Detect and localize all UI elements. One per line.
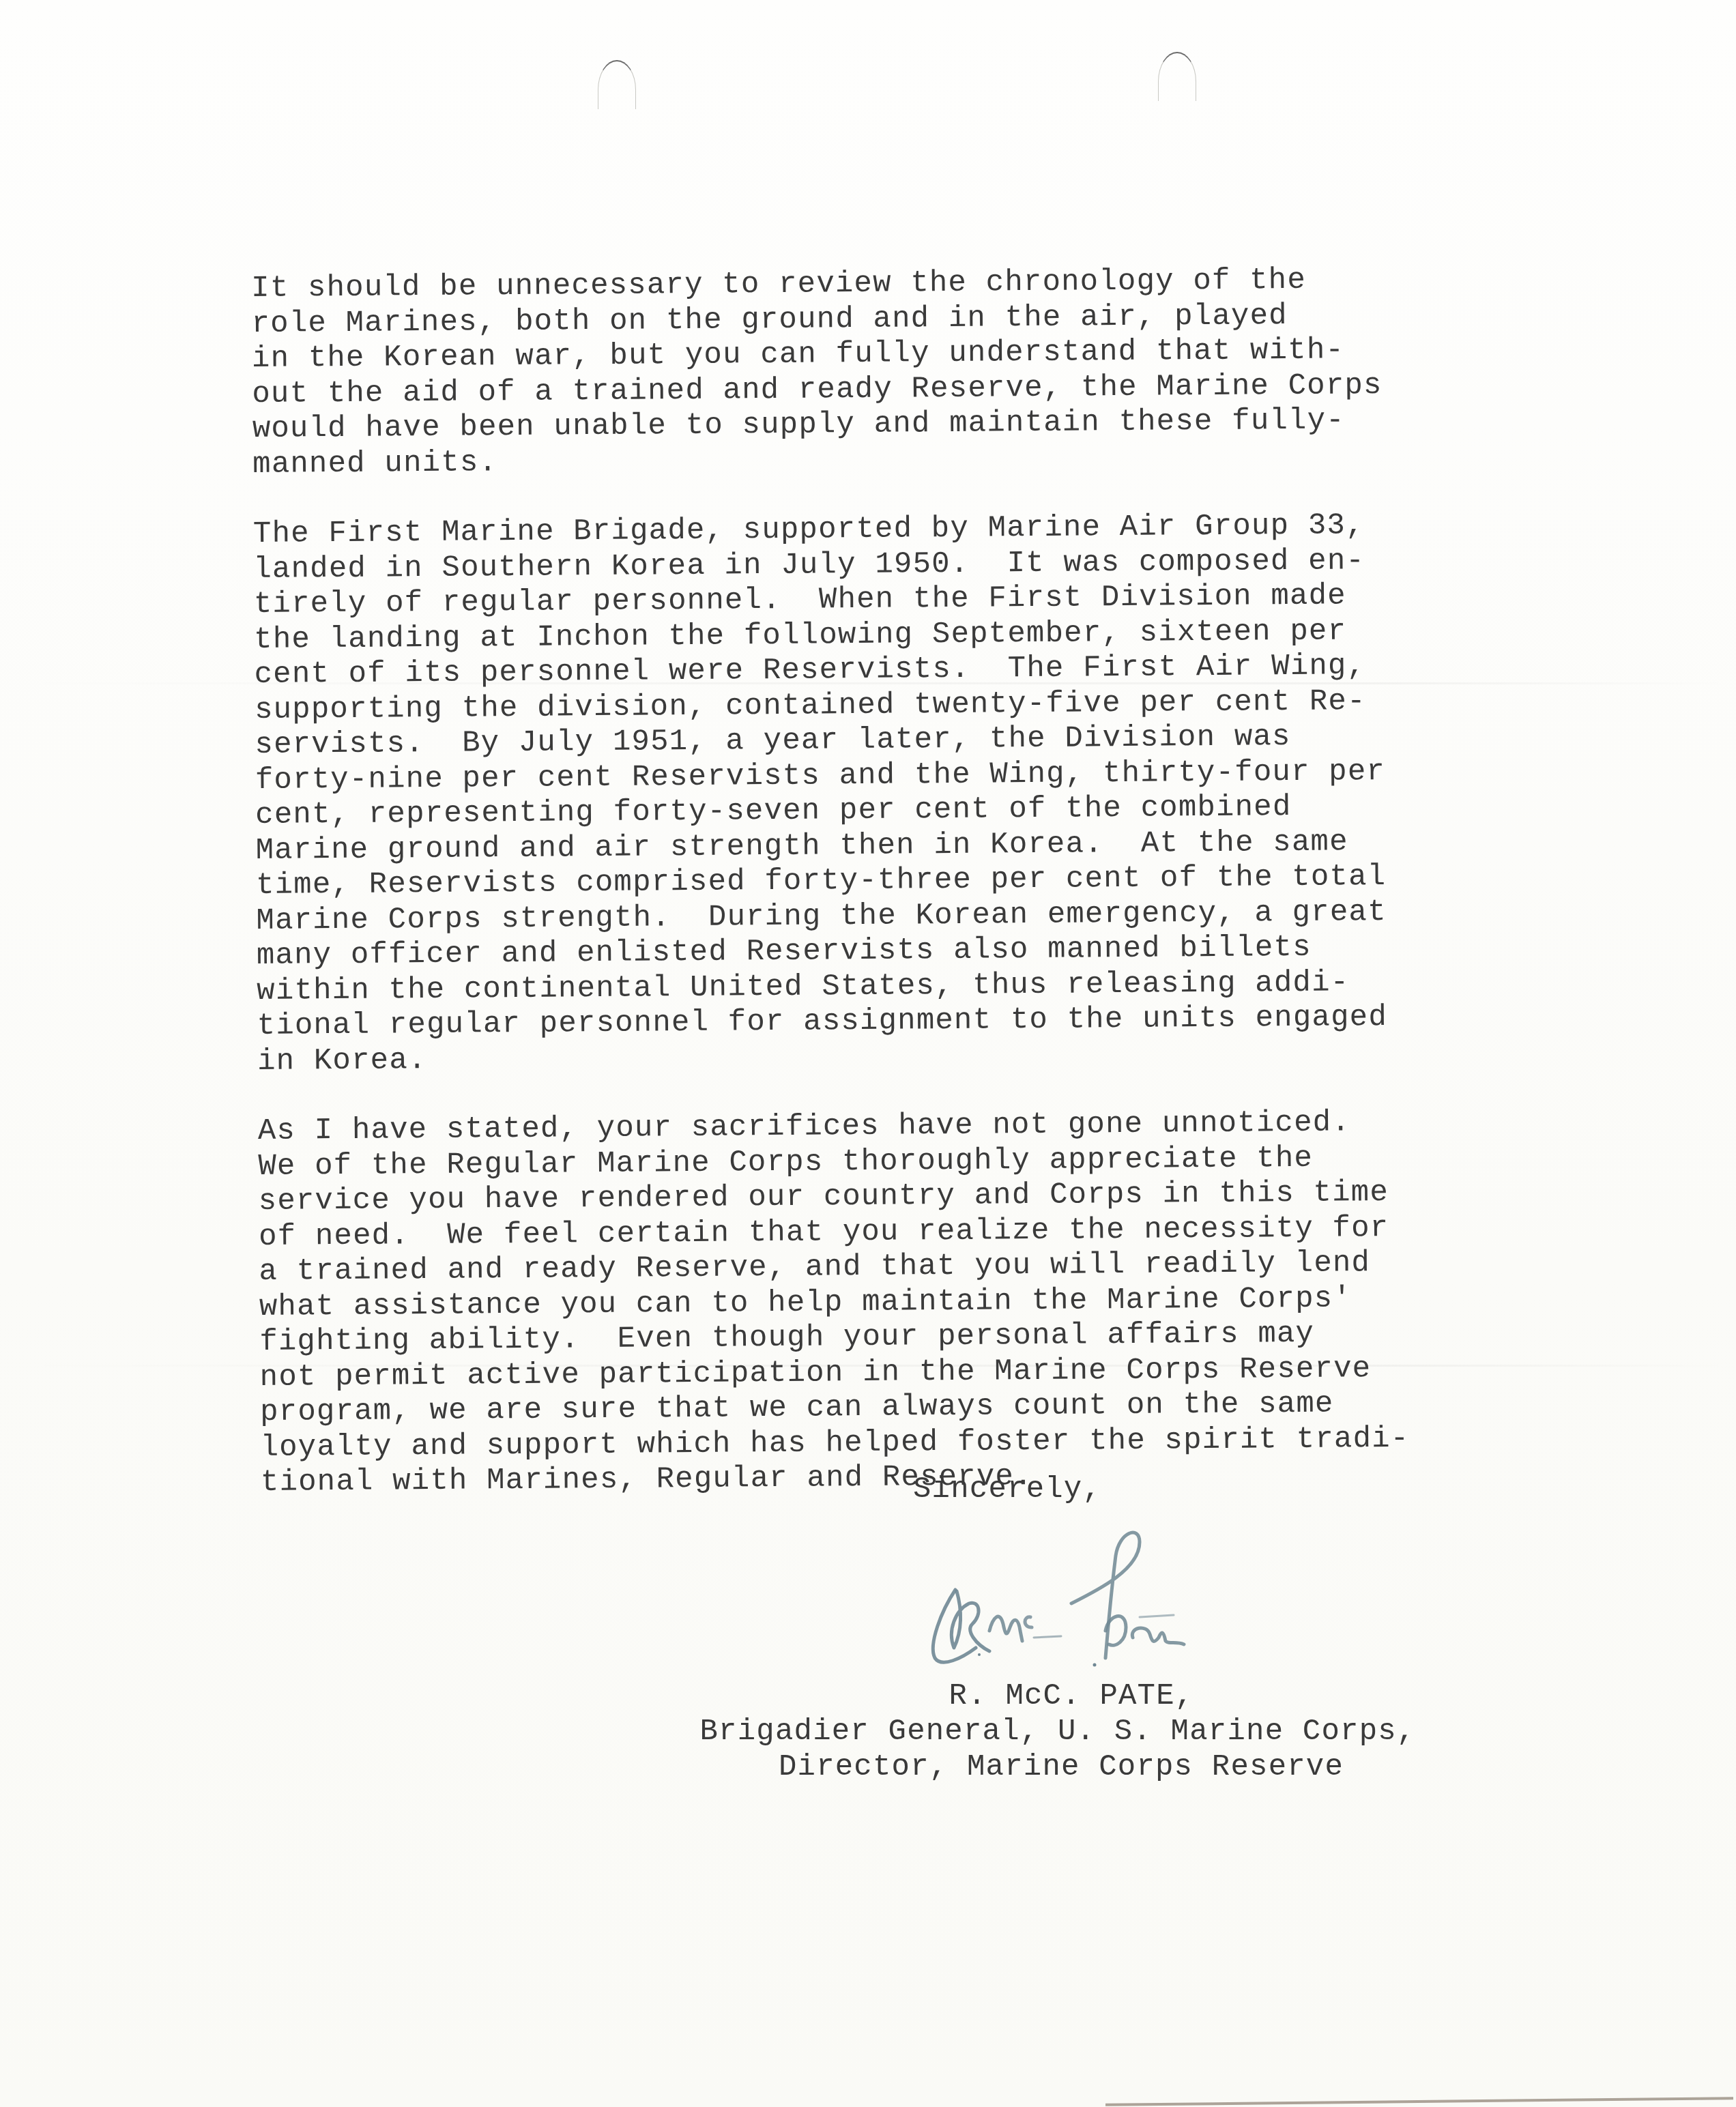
handwritten-signature-icon: [914, 1528, 1242, 1679]
signatory-position: Director, Marine Corps Reserve: [655, 1749, 1460, 1785]
signature-block: R. McC. PATE, Brigadier General, U. S. M…: [655, 1679, 1460, 1785]
closing-salutation: Sincerely,: [913, 1472, 1101, 1507]
signatory-name: R. McC. PATE,: [655, 1679, 1460, 1714]
letter-page: It should be unnecessary to review the c…: [0, 0, 1736, 2107]
letter-body: It should be unnecessary to review the c…: [251, 261, 1557, 1535]
paper-edge: [1105, 2097, 1733, 2106]
signatory-rank: Brigadier General, U. S. Marine Corps,: [655, 1714, 1460, 1749]
punch-hole-right: [1158, 52, 1196, 101]
paragraph-1: It should be unnecessary to review the c…: [251, 261, 1549, 482]
paragraph-2: The First Marine Brigade, supported by M…: [253, 507, 1554, 1079]
paragraph-3: As I have stated, your sacrifices have n…: [258, 1104, 1557, 1500]
punch-hole-left: [598, 60, 636, 109]
